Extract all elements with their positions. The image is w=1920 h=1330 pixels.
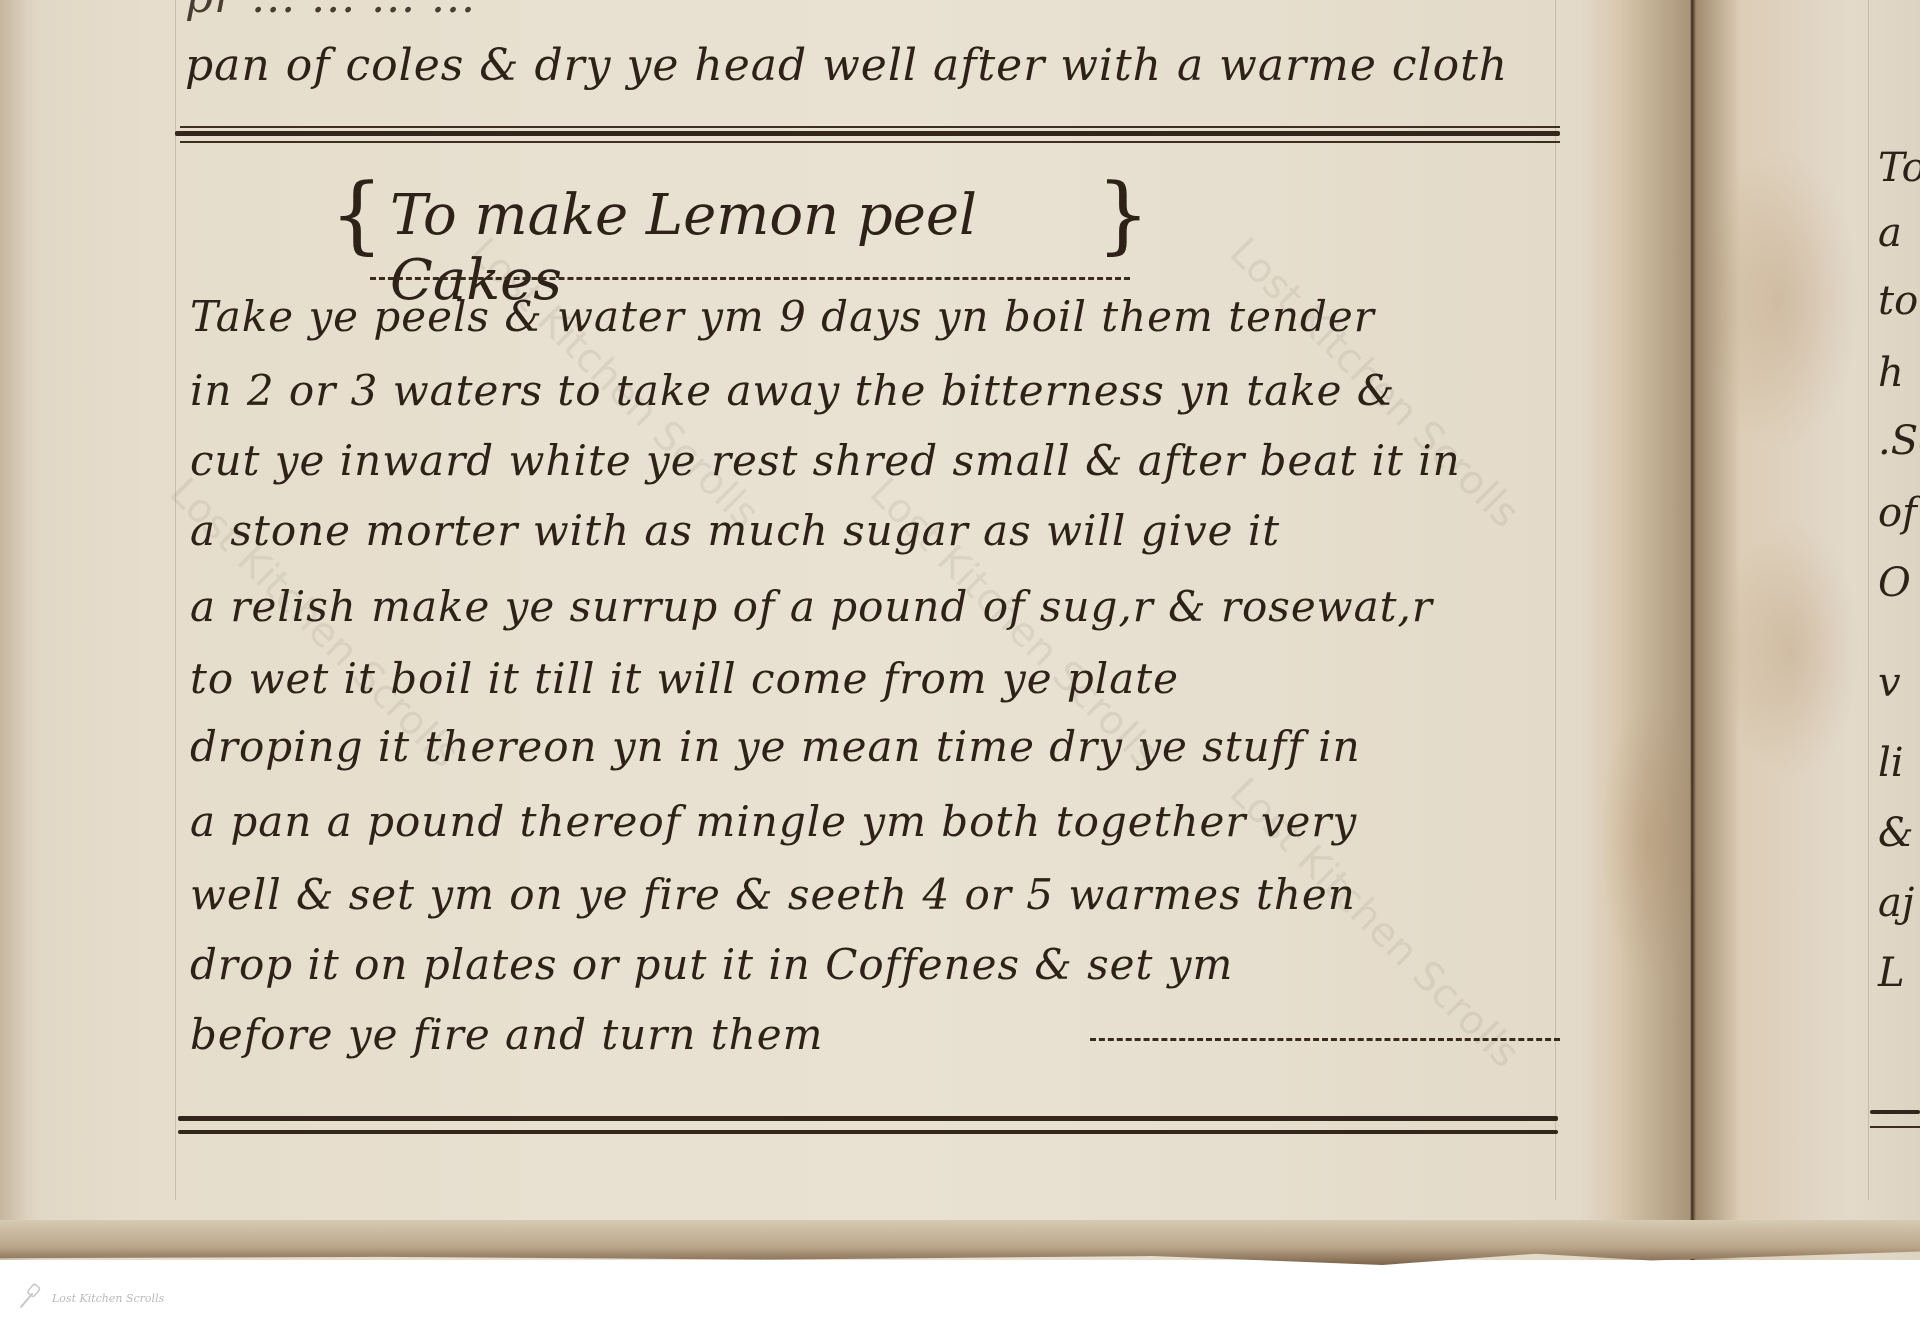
right-page-fragment: aj <box>1878 880 1914 926</box>
credit-text: Lost Kitchen Scrolls <box>52 1292 164 1305</box>
open-book-spread: Lost Kitchen Scrolls Lost Kitchen Scroll… <box>0 0 1920 1260</box>
right-margin-line <box>1555 0 1556 1200</box>
section-rule-thin <box>180 141 1560 143</box>
previous-recipe-partial-line: pr ... ... ... ... <box>185 0 476 23</box>
right-page-fragment: L <box>1878 950 1905 996</box>
recipe-line: a relish make ye surrup of a pound of su… <box>190 582 1433 631</box>
section-rule-thin <box>180 126 1560 128</box>
recipe-line: drop it on plates or put it in Coffenes … <box>190 940 1233 989</box>
recipe-line: a stone morter with as much sugar as wil… <box>190 506 1280 555</box>
water-stain <box>1700 150 1860 450</box>
right-brace-ornament: } <box>1097 165 1150 263</box>
left-brace-ornament: { <box>330 165 383 263</box>
previous-recipe-last-line: pan of coles & dry ye head well after wi… <box>185 40 1508 91</box>
recipe-line: cut ye inward white ye rest shred small … <box>190 436 1461 485</box>
line-end-flourish <box>1090 1038 1560 1041</box>
right-page-fragment: .Se <box>1878 418 1920 464</box>
section-rule-thick <box>178 1116 1558 1121</box>
left-page-edge <box>0 0 28 1240</box>
right-page-margin-line <box>1868 0 1869 1200</box>
right-page-fragment: h <box>1878 350 1904 396</box>
right-page-fragment: O <box>1878 560 1911 606</box>
water-stain <box>1720 520 1860 780</box>
right-page-rule <box>1870 1126 1920 1128</box>
recipe-line: well & set ym on ye fire & seeth 4 or 5 … <box>190 870 1356 919</box>
right-page-fragment: a <box>1878 210 1902 256</box>
credit-watermark: Lost Kitchen Scrolls <box>18 1283 164 1313</box>
left-margin-line <box>175 0 176 1200</box>
section-rule-thick <box>178 1130 1558 1134</box>
recipe-line: droping it thereon yn in ye mean time dr… <box>190 722 1361 771</box>
water-stain <box>1600 700 1700 980</box>
title-underline-flourish <box>370 277 1130 280</box>
right-page-fragment: To <box>1878 145 1920 191</box>
right-page-rule <box>1870 1110 1920 1114</box>
recipe-line: to wet it boil it till it will come from… <box>190 654 1179 703</box>
right-page-fragment: v <box>1878 660 1901 706</box>
right-page-fragment: to <box>1878 278 1918 324</box>
spatula-icon <box>18 1283 42 1313</box>
right-page-fragment: of <box>1878 490 1917 536</box>
recipe-line: before ye fire and turn them <box>190 1010 823 1059</box>
recipe-line: Take ye peels & water ym 9 days yn boil … <box>190 292 1375 341</box>
book-bottom-edge <box>0 1220 1920 1265</box>
recipe-title-block: { To make Lemon peel Cakes } <box>330 165 1150 295</box>
right-page-fragment: & <box>1878 810 1914 856</box>
section-rule-thick <box>175 131 1560 136</box>
recipe-line: a pan a pound thereof mingle ym both tog… <box>190 797 1357 846</box>
right-page-fragment: li <box>1878 740 1904 786</box>
recipe-line: in 2 or 3 waters to take away the bitter… <box>190 366 1395 415</box>
